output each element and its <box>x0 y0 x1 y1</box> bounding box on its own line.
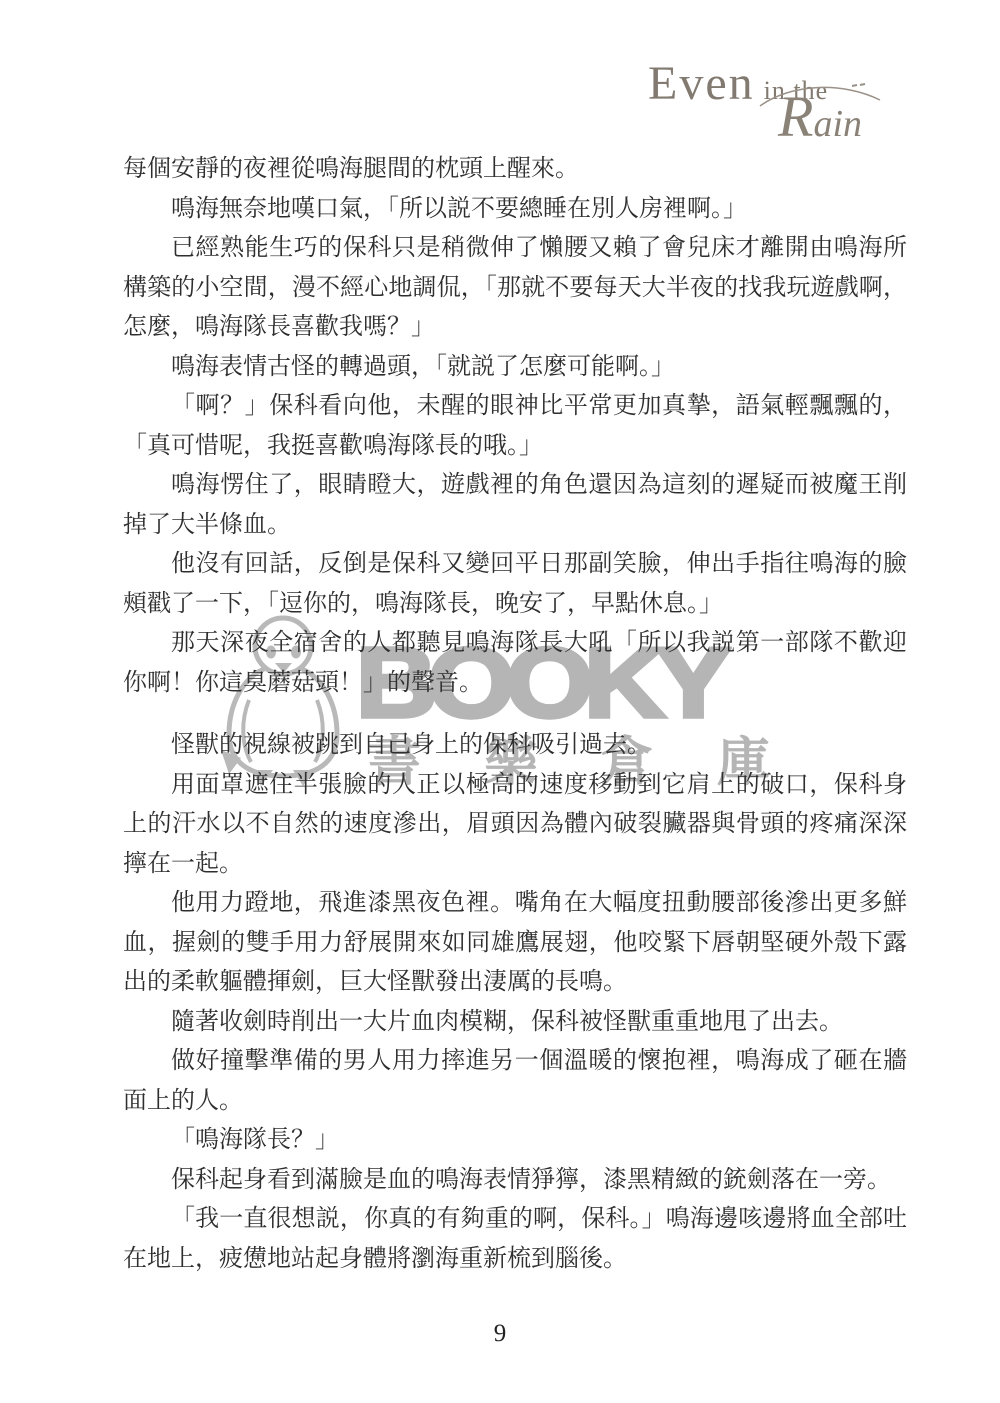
novel-text-block: 每個安靜的夜裡從鳴海腿間的枕頭上醒來。 鳴海無奈地嘆口氣，「所以説不要總睡在別人… <box>123 150 907 1279</box>
paragraph: 做好撞擊準備的男人用力摔進另一個溫暖的懷抱裡，鳴海成了砸在牆面上的人。 <box>123 1042 907 1121</box>
paragraph: 每個安靜的夜裡從鳴海腿間的枕頭上醒來。 <box>123 150 907 190</box>
book-page: Evenin the Rain BOOKY 書 樂 倉 庫 每個安靜的夜裡從鳴海… <box>0 0 1000 1403</box>
series-logo: Evenin the Rain <box>648 56 908 151</box>
paragraph: 他用力蹬地，飛進漆黑夜色裡。嘴角在大幅度扭動腰部後滲出更多鮮血，握劍的雙手用力舒… <box>123 884 907 1003</box>
paragraph: 鳴海愣住了，眼睛瞪大，遊戲裡的角色還因為這刻的遲疑而被魔王削掉了大半條血。 <box>123 466 907 545</box>
logo-word-rain: Rain <box>778 88 862 146</box>
paragraph: 鳴海無奈地嘆口氣，「所以説不要總睡在別人房裡啊。」 <box>123 190 907 230</box>
page-number: 9 <box>0 1320 1000 1348</box>
paragraph: 用面罩遮住半張臉的人正以極高的速度移動到它肩上的破口，保科身上的汗水以不自然的速… <box>123 766 907 885</box>
logo-rain-initial: R <box>778 84 813 149</box>
logo-word-even: Even <box>648 57 755 110</box>
paragraph: 「鳴海隊長？」 <box>123 1121 907 1161</box>
paragraph: 隨著收劍時削出一大片血肉模糊，保科被怪獸重重地甩了出去。 <box>123 1003 907 1043</box>
paragraph: 那天深夜全宿舍的人都聽見鳴海隊長大吼「所以我説第一部隊不歡迎你啊！你這臭蘑菇頭！… <box>123 624 907 703</box>
paragraph: 「我一直很想説，你真的有夠重的啊，保科。」鳴海邊咳邊將血全部吐在地上，疲憊地站起… <box>123 1200 907 1279</box>
logo-rain-rest: ain <box>813 103 862 145</box>
paragraph: 已經熟能生巧的保科只是稍微伸了懶腰又賴了會兒床才離開由鳴海所構築的小空間，漫不經… <box>123 229 907 348</box>
paragraph: 他沒有回話，反倒是保科又變回平日那副笑臉，伸出手指往鳴海的臉頰戳了一下，「逗你的… <box>123 545 907 624</box>
paragraph: 保科起身看到滿臉是血的鳴海表情猙獰，漆黑精緻的銃劍落在一旁。 <box>123 1161 907 1201</box>
paragraph: 「啊？」保科看向他，未醒的眼神比平常更加真摯，語氣輕飄飄的，「真可惜呢，我挺喜歡… <box>123 387 907 466</box>
paragraph: 怪獸的視線被跳到自己身上的保科吸引過去。 <box>123 726 907 766</box>
paragraph: 鳴海表情古怪的轉過頭，「就説了怎麼可能啊。」 <box>123 348 907 388</box>
